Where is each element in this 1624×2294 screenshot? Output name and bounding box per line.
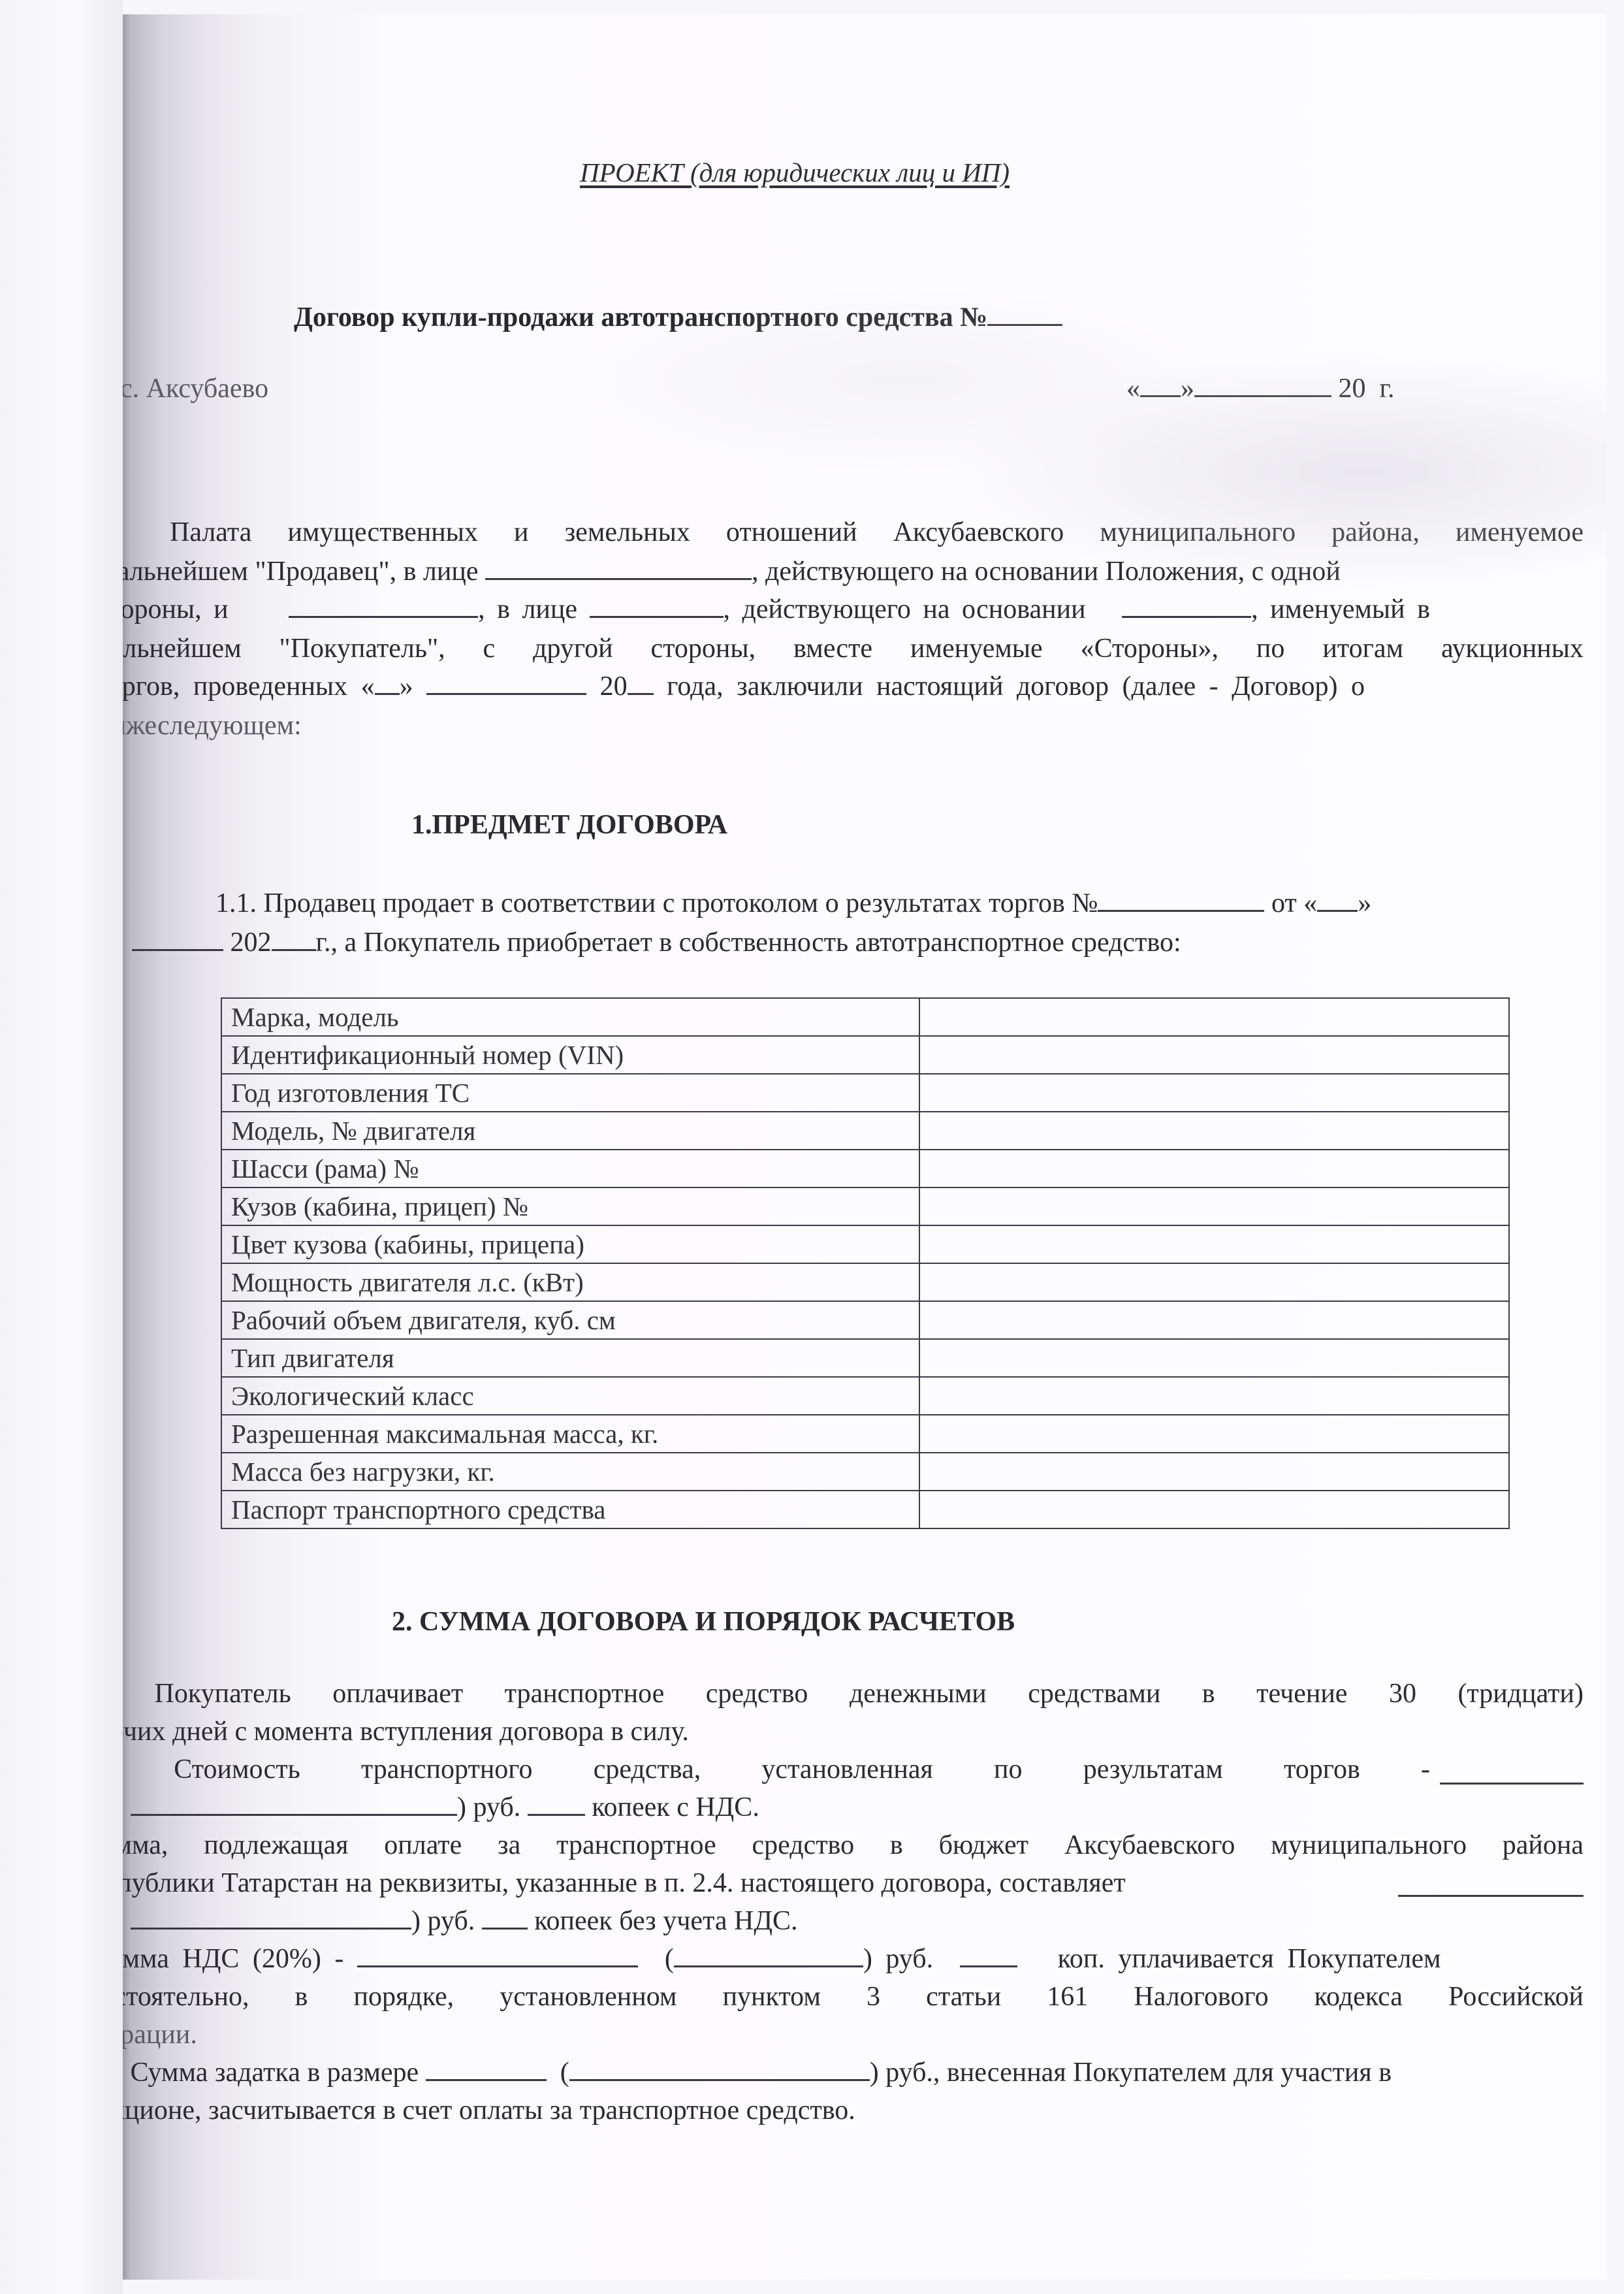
- deposit-amount-blank[interactable]: [426, 2078, 547, 2081]
- buyer-name-blank[interactable]: [289, 615, 478, 618]
- section-2-heading: 2. СУММА ДОГОВОРА И ПОРЯДОК РАСЧЕТОВ: [392, 1606, 1015, 1638]
- vehicle-field-label: Цвет кузова (кабины, прицепа): [221, 1225, 919, 1263]
- place: с. Аксубаево: [123, 375, 268, 402]
- vehicle-field-label: Марка, модель: [221, 998, 919, 1036]
- vehicle-field-label: Модель, № двигателя: [221, 1112, 919, 1150]
- auction-month-blank[interactable]: [426, 692, 586, 695]
- preamble-line-4: дальнейшем "Покупатель", с другой сторон…: [123, 635, 1584, 662]
- table-row: Год изготовления ТС: [221, 1074, 1509, 1112]
- price-with-vat-kopecks-blank[interactable]: [528, 1813, 585, 1816]
- clause-2-3-line-1: 2.3. Сумма задатка в размере () руб., вн…: [123, 2059, 1392, 2086]
- contract-number-blank[interactable]: [987, 323, 1062, 326]
- table-row: Паспорт транспортного средства: [221, 1491, 1509, 1528]
- preamble-line-3: стороны, и , в лице , действующего на ос…: [123, 596, 1584, 623]
- vehicle-field-value[interactable]: [919, 1301, 1509, 1339]
- draft-label: ПРОЕКТ (для юридических лиц и ИП): [580, 157, 1010, 188]
- vehicle-field-value[interactable]: [919, 1453, 1509, 1491]
- protocol-number-blank[interactable]: [1098, 909, 1264, 912]
- clause-2-3-line-2: аукционе, засчитывается в счет оплаты за…: [123, 2097, 855, 2124]
- clause-2-1-line-1: 2.1. Покупатель оплачивает транспортное …: [123, 1680, 1584, 1707]
- vehicle-field-label: Масса без нагрузки, кг.: [221, 1453, 919, 1491]
- clause-2-2-line-7: самостоятельно, в порядке, установленном…: [123, 1983, 1584, 2011]
- table-row: Кузов (кабина, прицеп) №: [221, 1187, 1509, 1225]
- table-row: Рабочий объем двигателя, куб. см: [221, 1301, 1509, 1339]
- scan-margin: [0, 0, 123, 2294]
- vehicle-field-label: Кузов (кабина, прицеп) №: [221, 1187, 919, 1225]
- vat-amount-blank[interactable]: [357, 1965, 638, 1967]
- vehicle-field-value[interactable]: [919, 1491, 1509, 1528]
- table-row: Масса без нагрузки, кг.: [221, 1453, 1509, 1491]
- buyer-basis-blank[interactable]: [1122, 615, 1251, 618]
- document-title: Договор купли-продажи автотранспортного …: [294, 302, 1062, 333]
- protocol-day-blank[interactable]: [1317, 909, 1358, 912]
- vehicle-field-value[interactable]: [919, 1036, 1509, 1074]
- vehicle-field-label: Идентификационный номер (VIN): [221, 1036, 919, 1074]
- seller-representative-blank[interactable]: [485, 577, 752, 580]
- preamble-line-6: нижеследующем:: [123, 712, 302, 739]
- clause-2-2-line-6: Сумма НДС (20%) - () руб. коп. уплачивае…: [123, 1945, 1441, 1973]
- price-without-vat-blank[interactable]: [1398, 1894, 1584, 1897]
- day-blank[interactable]: [1140, 395, 1181, 397]
- price-without-vat-words-blank[interactable]: [131, 1927, 411, 1930]
- vehicle-field-value[interactable]: [919, 1112, 1509, 1150]
- table-row: Мощность двигателя л.с. (кВт): [221, 1263, 1509, 1301]
- document-title-text: Договор купли-продажи автотранспортного …: [294, 302, 987, 332]
- auction-year-blank[interactable]: [628, 692, 654, 695]
- clause-2-2-line-3: Сумма, подлежащая оплате за транспортное…: [123, 1832, 1584, 1859]
- vehicle-field-label: Разрешенная максимальная масса, кг.: [221, 1415, 919, 1453]
- table-row: Шасси (рама) №: [221, 1150, 1509, 1187]
- clause-2-2-line-8: Федерации.: [123, 2021, 197, 2048]
- clause-2-2-line-2: ) руб. копеек с НДС.: [131, 1794, 759, 1821]
- vehicle-field-value[interactable]: [919, 1225, 1509, 1263]
- price-without-vat-kopecks-blank[interactable]: [482, 1927, 528, 1930]
- year-suffix: г.: [1380, 374, 1395, 404]
- vehicle-field-label: Год изготовления ТС: [221, 1074, 919, 1112]
- clause-2-2-line-1: 2.2. Стоимость транспортного средства, у…: [123, 1756, 1430, 1783]
- month-blank[interactable]: [1194, 395, 1331, 397]
- year-prefix: 20: [1339, 374, 1366, 404]
- vehicle-field-value[interactable]: [919, 998, 1509, 1036]
- table-row: Тип двигателя: [221, 1339, 1509, 1377]
- clause-1-1-line-2: 202г., а Покупатель приобретает в собств…: [132, 929, 1181, 956]
- vehicle-field-value[interactable]: [919, 1074, 1509, 1112]
- vat-amount-words-blank[interactable]: [674, 1965, 863, 1967]
- document-page: ПРОЕКТ (для юридических лиц и ИП) Догово…: [123, 14, 1606, 2280]
- clause-1-1-line-1: 1.1. Продавец продает в соответствии с п…: [215, 890, 1371, 917]
- vehicle-field-label: Мощность двигателя л.с. (кВт): [221, 1263, 919, 1301]
- protocol-year-blank[interactable]: [272, 948, 316, 951]
- clause-2-1-line-2: рабочих дней с момента вступления догово…: [123, 1718, 689, 1745]
- vehicle-field-label: Рабочий объем двигателя, куб. см: [221, 1301, 919, 1339]
- table-row: Разрешенная максимальная масса, кг.: [221, 1415, 1509, 1453]
- vehicle-field-value[interactable]: [919, 1339, 1509, 1377]
- table-row: Цвет кузова (кабины, прицепа): [221, 1225, 1509, 1263]
- section-1-heading: 1.ПРЕДМЕТ ДОГОВОРА: [411, 809, 727, 841]
- vehicle-field-label: Шасси (рама) №: [221, 1150, 919, 1187]
- auction-day-blank[interactable]: [375, 692, 400, 695]
- vehicle-details-table: Марка, модельИдентификационный номер (VI…: [221, 997, 1510, 1529]
- clause-2-2-line-4: Республики Татарстан на реквизиты, указа…: [123, 1869, 1126, 1897]
- preamble-line-2: в дальнейшем "Продавец", в лице , действ…: [123, 558, 1341, 585]
- vehicle-field-value[interactable]: [919, 1377, 1509, 1415]
- vehicle-field-value[interactable]: [919, 1263, 1509, 1301]
- vehicle-field-value[interactable]: [919, 1415, 1509, 1453]
- table-row: Марка, модель: [221, 998, 1509, 1036]
- preamble-line-5: торгов, проведенных «» 20 года, заключил…: [123, 673, 1365, 700]
- vehicle-field-label: Тип двигателя: [221, 1339, 919, 1377]
- price-with-vat-words-blank[interactable]: [131, 1813, 457, 1816]
- vehicle-field-value[interactable]: [919, 1187, 1509, 1225]
- buyer-representative-blank[interactable]: [590, 615, 724, 618]
- clause-2-2-line-5: ) руб. копеек без учета НДС.: [131, 1907, 798, 1935]
- vat-kopecks-blank[interactable]: [960, 1965, 1017, 1967]
- protocol-month-blank[interactable]: [132, 948, 223, 951]
- vehicle-field-label: Экологический класс: [221, 1377, 919, 1415]
- table-row: Экологический класс: [221, 1377, 1509, 1415]
- vehicle-field-label: Паспорт транспортного средства: [221, 1491, 919, 1528]
- preamble-line-1: Палата имущественных и земельных отношен…: [170, 519, 1584, 546]
- price-with-vat-blank[interactable]: [1440, 1782, 1584, 1785]
- vehicle-field-value[interactable]: [919, 1150, 1509, 1187]
- table-row: Модель, № двигателя: [221, 1112, 1509, 1150]
- date-line: «» 20 г.: [1126, 375, 1395, 402]
- table-row: Идентификационный номер (VIN): [221, 1036, 1509, 1074]
- deposit-amount-words-blank[interactable]: [569, 2078, 870, 2081]
